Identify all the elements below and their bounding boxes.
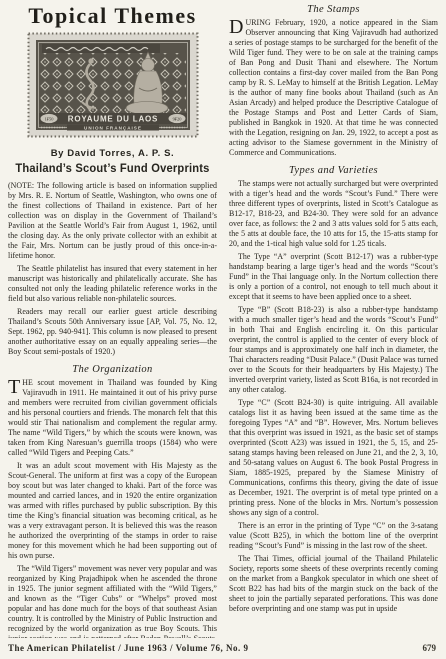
- country-label: ROYAUME DU LAOS: [67, 115, 157, 124]
- section-heading-stamps: The Stamps: [229, 4, 438, 15]
- body-paragraph: It was an adult scout movement with His …: [8, 461, 217, 561]
- article-title: Thailand’s Scout’s Fund Overprints: [11, 163, 214, 175]
- author-byline: By David Torres, A. P. S.: [8, 148, 217, 159]
- editor-note-paragraph: (NOTE: The following article is based on…: [8, 181, 217, 261]
- ornament-finial: [88, 58, 93, 63]
- right-column: The Stamps DURING February, 1920, a noti…: [229, 2, 438, 638]
- column-title: Topical Themes: [8, 3, 217, 29]
- section-heading-organization: The Organization: [8, 364, 217, 375]
- magazine-page: Topical Themes: [0, 0, 446, 659]
- section-heading-types: Types and Varieties: [229, 165, 438, 176]
- body-paragraph: The “Wild Tigers” movement was never ver…: [8, 564, 217, 638]
- journal-issue-line: The American Philatelist / June 1963 / V…: [8, 643, 249, 653]
- body-paragraph: The stamps were not actually surcharged …: [229, 179, 438, 249]
- denomination-left: 1₣50: [44, 116, 54, 121]
- body-paragraph: There is an error in the printing of Typ…: [229, 521, 438, 551]
- body-paragraph: Type “B” (Scott B18-23) is also a rubber…: [229, 305, 438, 395]
- body-paragraph: The Thai Times, official journal of the …: [229, 554, 438, 614]
- denomination-right: 9₣20: [172, 116, 182, 121]
- two-column-layout: Topical Themes: [8, 2, 438, 638]
- page-number: 679: [423, 643, 437, 653]
- page-footer: The American Philatelist / June 1963 / V…: [8, 643, 436, 653]
- left-column: Topical Themes: [8, 2, 217, 638]
- laos-buddha-stamp: 1₣50 9₣20 ROYAUME DU LAOS UNION FRANÇAIS…: [27, 32, 199, 138]
- stamp-figure: 1₣50 9₣20 ROYAUME DU LAOS UNION FRANÇAIS…: [8, 32, 217, 143]
- intro-paragraph: The Seattle philatelist has insured that…: [8, 264, 217, 304]
- union-label: UNION FRANÇAISE: [84, 126, 142, 131]
- body-paragraph: THE scout movement in Thailand was found…: [8, 378, 217, 458]
- body-paragraph: The Type “A” overprint (Scott B12-17) wa…: [229, 252, 438, 302]
- body-paragraph: DURING February, 1920, a notice appeared…: [229, 18, 438, 158]
- intro-paragraph: Readers may recall our earlier guest art…: [8, 307, 217, 357]
- body-paragraph: Type “C” (Scott B24-30) is quite intrigu…: [229, 398, 438, 518]
